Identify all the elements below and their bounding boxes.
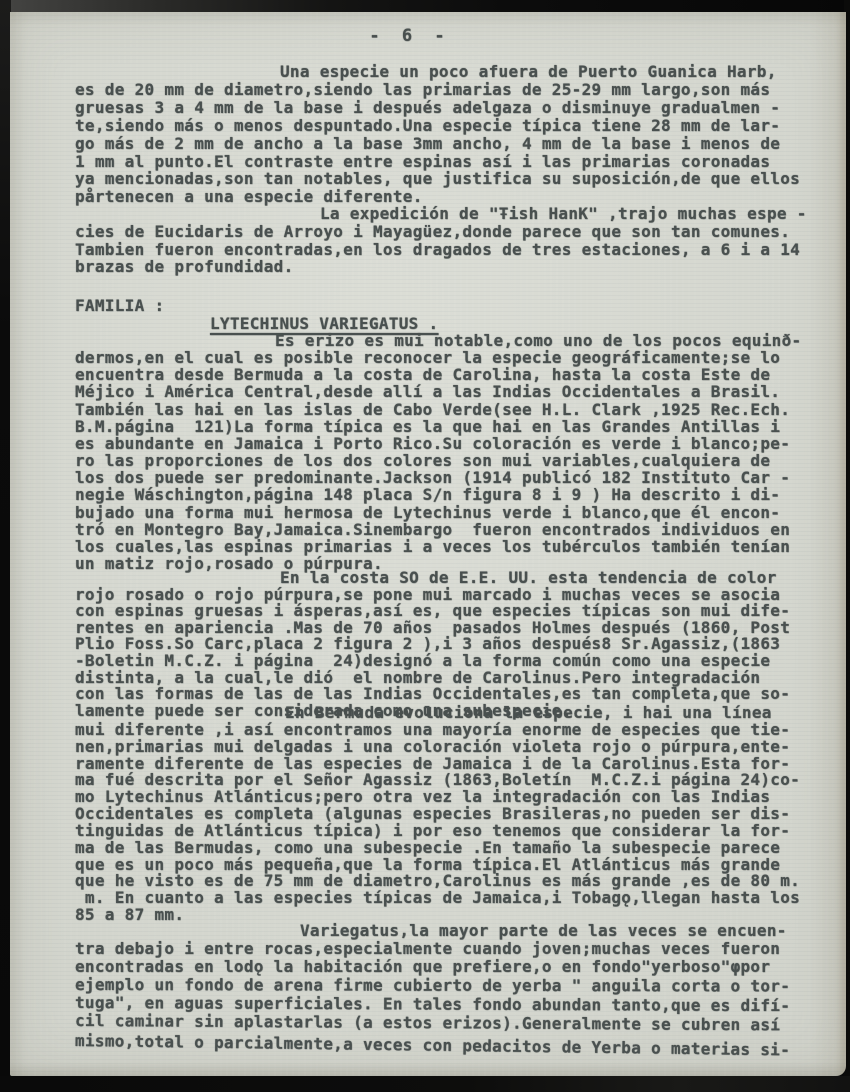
text-line: go más de 2 mm de ancho a la base 3mm an… <box>75 135 821 153</box>
text-line: te,siendo más o menos despuntado.Una esp… <box>75 117 821 135</box>
text-line: encontradas en lodǫ la habitación que pr… <box>75 958 821 976</box>
text-line: Méjico i América Central,desde allí a la… <box>75 383 821 400</box>
text-line: La expedición de "Ŧish HanK" ,trajo much… <box>75 205 821 223</box>
text-line: los cuales,las espinas primarias i a vec… <box>75 538 821 555</box>
text-line: 1 mm al punto.El contraste entre espinas… <box>75 153 821 171</box>
text-line: negie Wáschington,página 148 placa S/n f… <box>75 486 821 503</box>
page-number: - 6 - <box>10 26 810 46</box>
text-line: es abundante en Jamaica i Porto Rico.Su … <box>75 435 821 452</box>
paragraph-2: La expedición de "Ŧish HanK" ,trajo much… <box>75 205 821 276</box>
text-line: encuentra desde Bermuda a la costa de Ca… <box>75 366 821 383</box>
text-line: cil caminar sin aplastarlas (a estos eri… <box>75 1012 821 1035</box>
text-line: nen,primarias mui delgadas i una colorac… <box>75 739 821 756</box>
text-line: Es erizo es mui notable,como uno de los … <box>75 332 821 349</box>
text-line: gruesas 3 a 4 mm de la base i después ad… <box>75 99 821 117</box>
text-line: m. En cuanto a las especies típicas de J… <box>75 890 821 907</box>
text-line: es de 20 mm de diametro,siendo las prima… <box>75 81 821 99</box>
paragraph-6: Variegatus,la mayor parte de las veces s… <box>75 922 821 1048</box>
text-line: bujado una forma mui hermosa de Lytechin… <box>75 504 821 521</box>
text-line: También las hai en las islas de Cabo Ver… <box>75 401 821 418</box>
paragraph-3: Es erizo es mui notable,como uno de los … <box>75 332 821 572</box>
text-line: cies de Eucidaris de Arroyo i Mayagüez,d… <box>75 223 821 241</box>
text-line: mismo,total o parcialmente,a veces con p… <box>75 1032 821 1060</box>
scan-border-bottom <box>0 1076 850 1092</box>
text-line: Variegatus,la mayor parte de las veces s… <box>75 922 821 940</box>
text-line: brazas de profundidad. <box>75 258 821 276</box>
paragraph-5: En Bermuda evoluciona la especie, i hai … <box>75 705 821 924</box>
familia-label: FAMILIA : <box>75 296 164 315</box>
text-line: ro las proporciones de los dos colores s… <box>75 452 821 469</box>
paragraph-1: Una especie un poco afuera de Puerto Gua… <box>75 63 821 206</box>
text-line: tra debajo i entre rocas,especialmente c… <box>75 940 821 958</box>
paragraph-4: En la costa SO de E.E. UU. esta tendenci… <box>75 570 821 719</box>
document-page: - 6 - FAMILIA : LYTECHINUS VARIEGATUS . … <box>10 12 846 1076</box>
text-line: B.M.página 121)La forma típica es la que… <box>75 418 821 435</box>
text-line: Tambien fueron encontradas,en los dragad… <box>75 241 821 259</box>
text-line: Una especie un poco afuera de Puerto Gua… <box>75 63 821 81</box>
text-line: tró en Montegro Bay,Jamaica.Sinembargo f… <box>75 521 821 538</box>
text-line: los dos puede ser predominante.Jackson (… <box>75 469 821 486</box>
text-line: dermos,en el cual es posible reconocer l… <box>75 349 821 366</box>
text-line: ya mencionadas,son tan notables, que jus… <box>75 170 821 188</box>
